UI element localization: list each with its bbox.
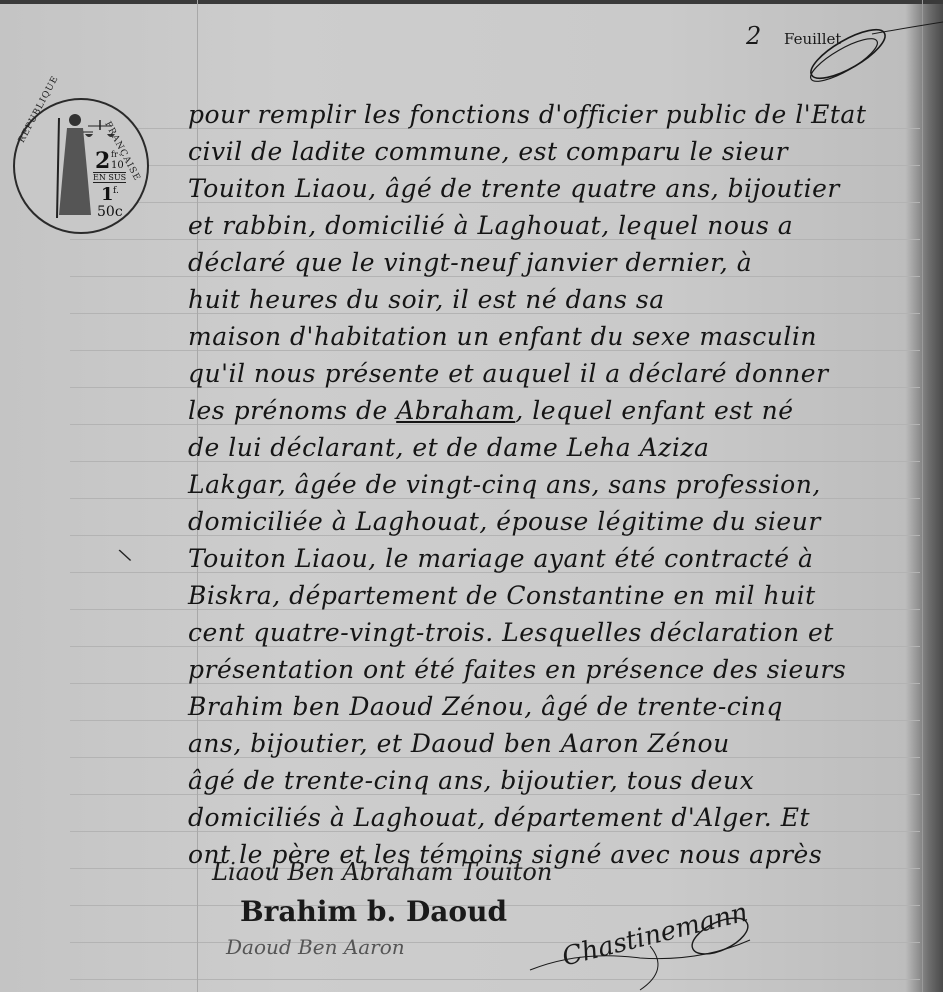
text-line-7: maison d'habitation un enfant du sexe ma… <box>188 322 817 351</box>
page-top-edge <box>0 0 943 4</box>
signature-father: Liaou Ben Abraham Touiton <box>212 858 552 886</box>
signature-witness-1: Brahim b. Daoud <box>240 895 507 928</box>
paraph-flourish-icon <box>800 20 943 95</box>
text-line-5: déclaré que le vingt-neuf janvier dernie… <box>188 248 752 277</box>
text-line-3: Touiton Liaou, âgé de trente quatre ans,… <box>188 174 840 203</box>
stamp-en-sus: EN SUS <box>93 172 126 183</box>
stamp-value-cents: 50c <box>97 204 123 220</box>
stray-pen-mark-icon: \ <box>117 545 133 566</box>
prenoms-label: les prénoms de <box>188 396 388 425</box>
text-line-11: Lakgar, âgée de vingt-cinq ans, sans pro… <box>188 470 821 499</box>
text-line-6: huit heures du soir, il est né dans sa <box>188 285 665 314</box>
text-line-20: domiciliés à Laghouat, département d'Alg… <box>188 803 810 832</box>
text-line-4: et rabbin, domicilié à Laghouat, lequel … <box>188 211 793 240</box>
register-page: 2 Feuillet REPUBLIQUE FRANÇAISE 2 fr 10 … <box>0 0 943 992</box>
stamp-value-unit: f. <box>113 186 119 196</box>
text-line-12: domiciliée à Laghouat, épouse légitime d… <box>188 507 821 536</box>
text-line-9: les prénoms de Abraham, lequel enfant es… <box>188 396 794 425</box>
right-margin-line <box>922 0 923 992</box>
signature-witness-2: Daoud Ben Aaron <box>226 935 405 959</box>
stamp-value-bottom: 1 <box>101 184 114 205</box>
text-line-19: âgé de trente-cinq ans, bijoutier, tous … <box>188 766 754 795</box>
child-name: Abraham <box>396 396 515 425</box>
text-line-10: de lui déclarant, et de dame Leha Aziza <box>188 433 709 462</box>
text-line-13: Touiton Liaou, le mariage ayant été cont… <box>188 544 813 573</box>
stamp-value-fraction: 10 <box>111 160 124 171</box>
prenoms-rest: , lequel enfant est né <box>515 396 793 425</box>
stamp-value-prefix: fr <box>111 150 118 159</box>
text-line-14: Biskra, département de Constantine en mi… <box>188 581 816 610</box>
text-line-17: Brahim ben Daoud Zénou, âgé de trente-ci… <box>188 692 783 721</box>
text-line-1: pour remplir les fonctions d'officier pu… <box>188 100 866 129</box>
text-line-15: cent quatre-vingt-trois. Lesquelles décl… <box>188 618 834 647</box>
stamp-value-top: 2 <box>95 148 110 174</box>
text-line-16: présentation ont été faites en présence … <box>188 655 846 684</box>
folio-number: 2 <box>746 22 761 50</box>
text-line-8: qu'il nous présente et auquel il a décla… <box>188 359 829 388</box>
text-line-18: ans, bijoutier, et Daoud ben Aaron Zénou <box>188 729 730 758</box>
tax-stamp: REPUBLIQUE FRANÇAISE 2 fr 10 EN SUS 1 f.… <box>13 98 149 234</box>
text-line-2: civil de ladite commune, est comparu le … <box>188 137 788 166</box>
officer-signature-flourish-icon <box>520 910 780 992</box>
